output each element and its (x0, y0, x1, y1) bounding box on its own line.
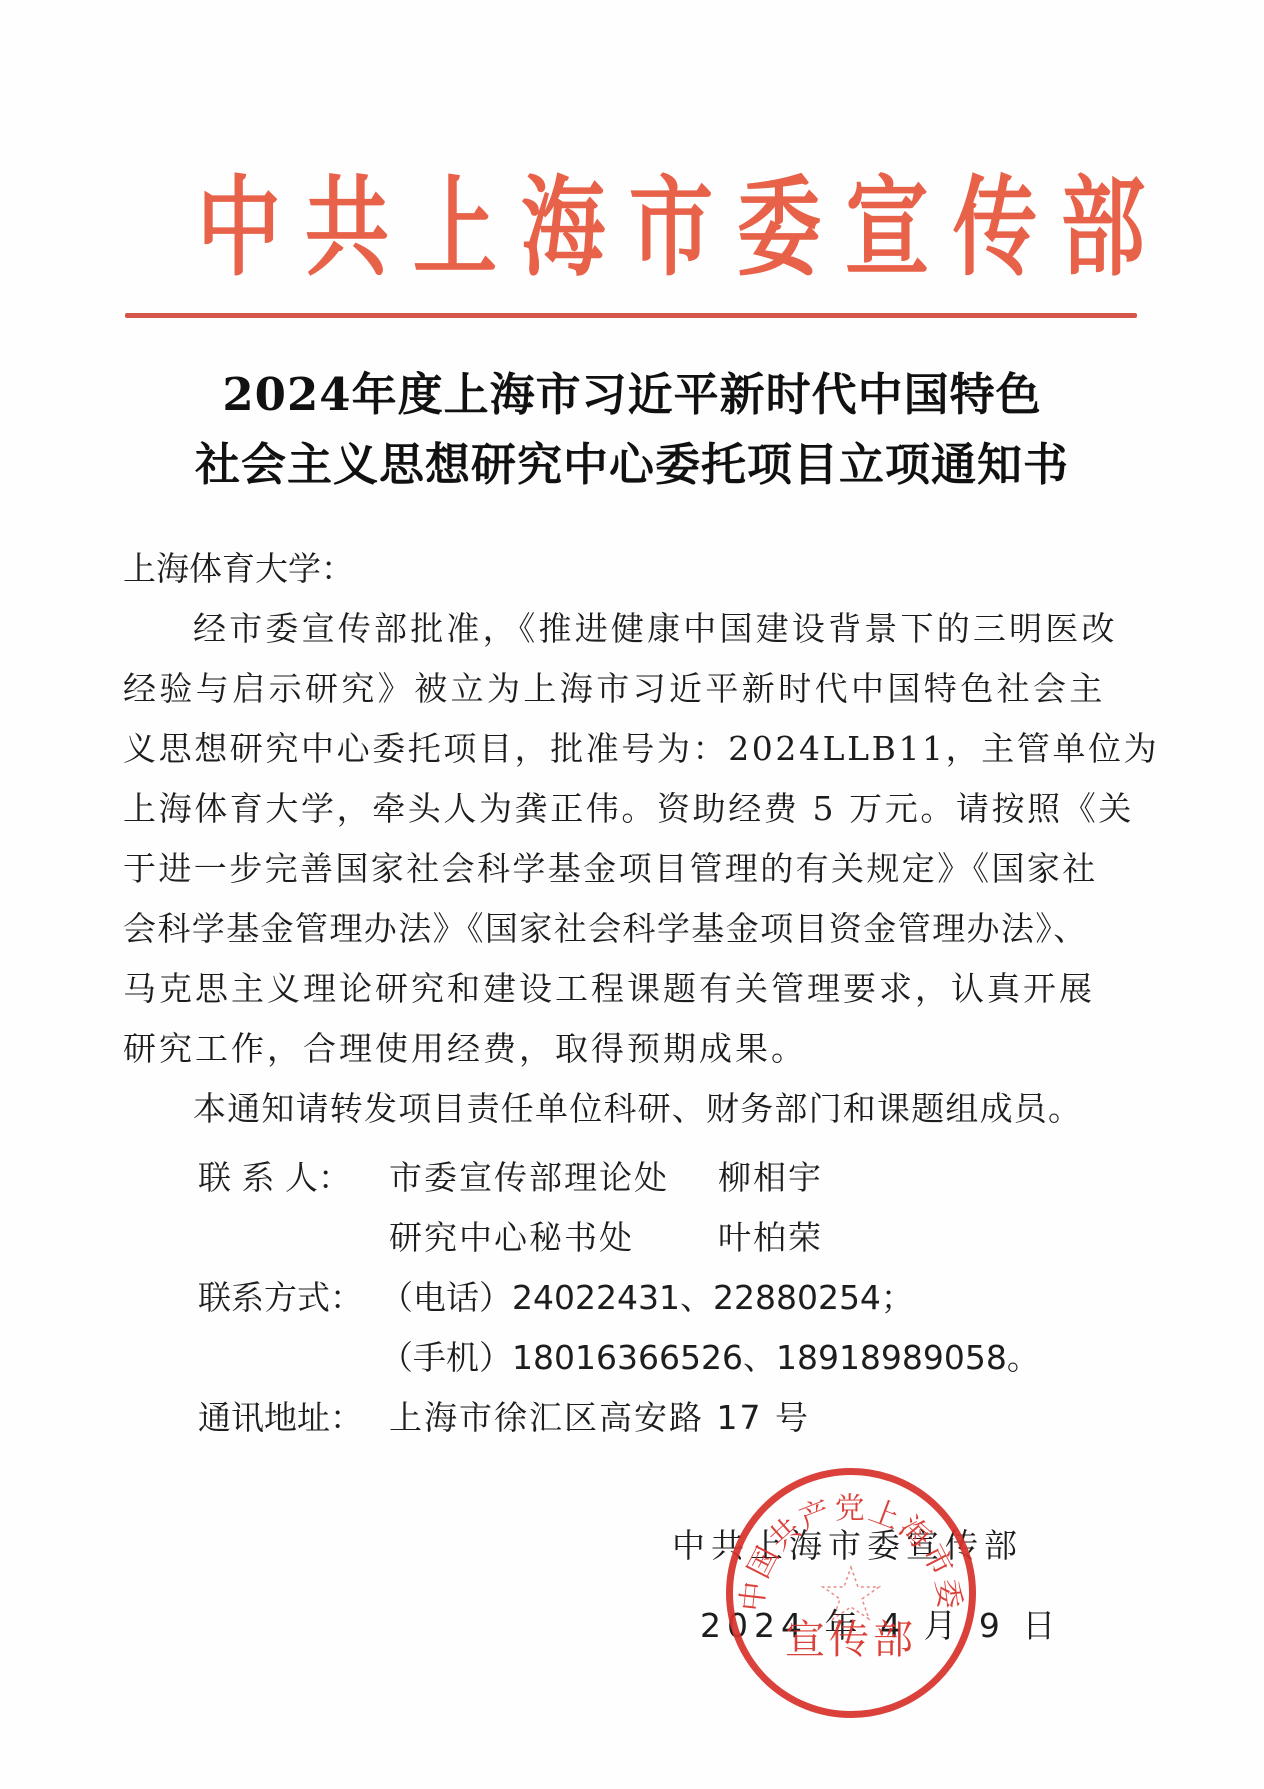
letterhead-char: 中 (197, 141, 281, 296)
document-title-line-2: 社会主义思想研究中心委托项目立项通知书 (100, 442, 1164, 487)
address-value: 上海市徐汇区高安路 17 号 (389, 1392, 810, 1439)
seal-star-arc-icon: 中国共产党上海市委员会 (733, 1475, 969, 1711)
salutation: 上海体育大学： (123, 552, 354, 585)
letterhead-char: 传 (953, 141, 1037, 296)
contact-method-label: 联系方式： (198, 1272, 363, 1319)
paragraph-line: 经验与启示研究》被立为上海市习近平新时代中国特色社会主 (123, 672, 1163, 705)
paragraph-line: 于进一步完善国家社会科学基金项目管理的有关规定》《国家社 (123, 852, 1163, 885)
contact-person-label: 联 系 人： (198, 1152, 351, 1199)
svg-text:中国共产党上海市委员会: 中国共产党上海市委员会 (733, 1475, 967, 1613)
paragraph-line: 经市委宣传部批准，《推进健康中国建设背景下的三明医改 (193, 612, 1163, 645)
paragraph-line: 研究工作，合理使用经费，取得预期成果。 (123, 1032, 807, 1065)
contact-phone: （电话）24022431、22880254； (380, 1272, 914, 1319)
letterhead-char: 共 (305, 141, 389, 296)
contact-name: 叶柏荣 (718, 1212, 823, 1259)
paragraph-line: 上海体育大学，牵头人为龚正伟。资助经费 5 万元。请按照《关 (123, 792, 1163, 825)
letterhead-char: 委 (737, 141, 821, 296)
paragraph-line: 马克思主义理论研究和建设工程课题有关管理要求，认真开展 (123, 972, 1163, 1005)
letterhead-char: 部 (1061, 141, 1145, 296)
letterhead-char: 上 (413, 141, 497, 296)
org-letterhead: 中 共 上 海 市 委 宣 传 部 (185, 148, 1085, 288)
letterhead-char: 宣 (845, 141, 929, 296)
letterhead-char: 市 (629, 141, 713, 296)
seal-center-text: 宣传部 (733, 1608, 969, 1665)
paragraph-line: 会科学基金管理办法》《国家社会科学基金项目资金管理办法》、 (123, 912, 1163, 945)
seal-arc-text: 中国共产党上海市委员会 (733, 1475, 967, 1613)
letterhead-char: 海 (521, 141, 605, 296)
letterhead-divider (125, 313, 1137, 318)
document-title-line-1: 2024年度上海市习近平新时代中国特色 (100, 372, 1164, 417)
contact-dept: 市委宣传部理论处 (389, 1152, 669, 1199)
contact-dept: 研究中心秘书处 (389, 1212, 634, 1259)
paragraph-line: 义思想研究中心委托项目，批准号为：2024LLB11，主管单位为 (123, 732, 1163, 765)
contact-mobile: （手机）18016366526、18918989058。 (380, 1332, 1040, 1379)
notice-document: 中 共 上 海 市 委 宣 传 部 2024年度上海市习近平新时代中国特色 社会… (0, 0, 1264, 1789)
official-seal: 中国共产党上海市委员会 宣传部 (726, 1468, 976, 1718)
address-label: 通讯地址： (198, 1392, 363, 1439)
contact-name: 柳相宇 (718, 1152, 823, 1199)
forwarding-note: 本通知请转发项目责任单位科研、财务部门和课题组成员。 (193, 1092, 1082, 1125)
